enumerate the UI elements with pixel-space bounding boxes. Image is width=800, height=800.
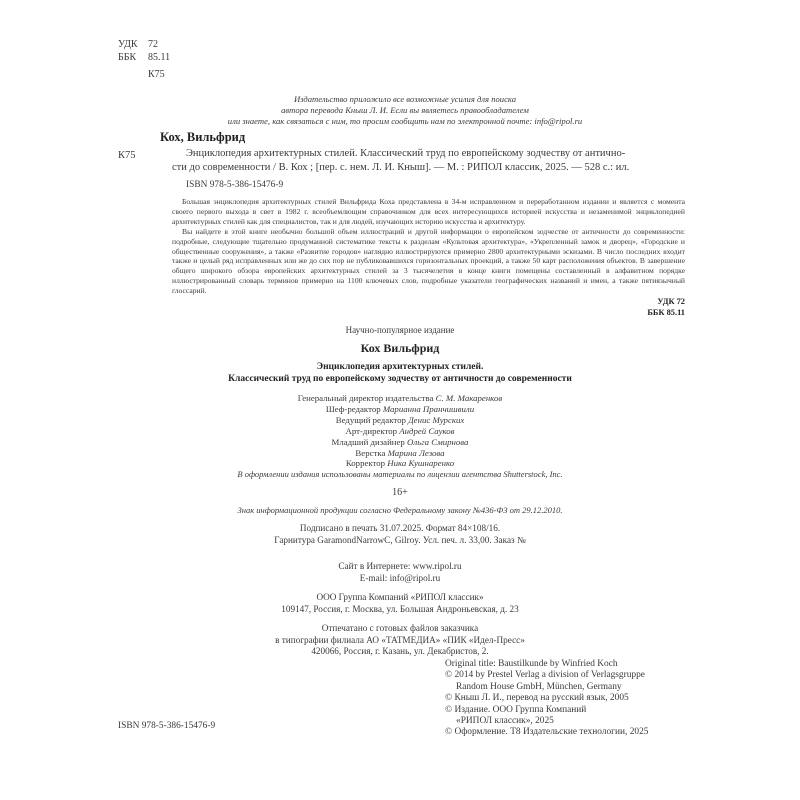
publisher-address: 109147, Россия, г. Москва, ул. Большая А… [0, 604, 800, 616]
law-note: Знак информационной продукции согласно Ф… [0, 505, 800, 515]
catalog-isbn: ISBN 978-5-386-15476-9 [186, 180, 283, 190]
imprint-title-line: Энциклопедия архитектурных стилей. [0, 361, 800, 373]
rights-notice: Издательство приложило все возможные уси… [160, 94, 650, 128]
print-info: Подписано в печать 31.07.2025. Формат 84… [0, 523, 800, 546]
imprint-title-line: Классический труд по европейскому зодчес… [0, 373, 800, 385]
credit-role: Арт-директор [346, 426, 400, 436]
credit-line: Шеф-редактор Марианна Пранчишвили [0, 404, 800, 415]
udk-label: УДК [118, 38, 148, 51]
catalog-sign: К75 [118, 150, 136, 161]
rights-notice-line: автора перевода Кныш Л. И. Если вы являе… [160, 105, 650, 116]
classification-codes: УДК72 ББК85.11 К75 [118, 38, 170, 81]
publisher-name: ООО Группа Компаний «РИПОЛ классик» [0, 592, 800, 604]
rights-notice-line: Издательство приложило все возможные уси… [160, 94, 650, 105]
printer-line: в типографии филиала АО «ТАТМЕДИА» «ПИК … [0, 635, 800, 647]
annotation: Большая энциклопедия архитектурных стиле… [172, 197, 685, 296]
rights-line: «РИПОЛ классик», 2025 [445, 716, 648, 727]
printer-line: 420066, Россия, г. Казань, ул. Декабрист… [0, 646, 800, 658]
credit-line: Генеральный директор издательства С. М. … [0, 393, 800, 404]
credit-name: Андрей Сауков [399, 426, 454, 436]
credit-role: Корректор [346, 458, 387, 468]
credits-list: Генеральный директор издательства С. М. … [0, 393, 800, 469]
udk-value: 72 [148, 38, 158, 51]
publisher-info: ООО Группа Компаний «РИПОЛ классик» 1091… [0, 592, 800, 615]
license-note: В оформлении издания использованы матери… [0, 469, 800, 479]
website-line: Сайт в Интернете: www.ripol.ru [0, 561, 800, 573]
credit-line: Верстка Марина Лезова [0, 448, 800, 459]
printer-line: Отпечатано с готовых файлов заказчика [0, 623, 800, 635]
site-info: Сайт в Интернете: www.ripol.ru E-mail: i… [0, 561, 800, 584]
footer-isbn: ISBN 978-5-386-15476-9 [118, 721, 215, 731]
catalog-author: Кох, Вильфрид [160, 130, 245, 145]
email-line: E-mail: info@ripol.ru [0, 573, 800, 585]
credit-name: Марина Лезова [388, 448, 445, 458]
age-rating: 16+ [0, 487, 800, 498]
credit-name: Денис Мурских [408, 415, 464, 425]
rights-line: Random House GmbH, München, Germany [445, 682, 648, 693]
print-info-line: Гарнитура GaramondNarrowC, Gilroy. Усл. … [0, 535, 800, 547]
credit-name: Марианна Пранчишвили [383, 404, 474, 414]
bbk-code: ББК 85.11 [647, 307, 685, 318]
imprint-author: Кох Вильфрид [0, 341, 800, 356]
rights-line: Original title: Baustilkunde by Winfried… [445, 659, 648, 670]
classification-codes-right: УДК 72 ББК 85.11 [647, 296, 685, 318]
credit-line: Корректор Ника Кушнаренко [0, 458, 800, 469]
credit-role: Ведущий редактор [336, 415, 408, 425]
credit-name: Ника Кушнаренко [387, 458, 454, 468]
credit-role: Верстка [355, 448, 387, 458]
credit-role: Шеф-редактор [326, 404, 383, 414]
bbk-label: ББК [118, 51, 148, 64]
credit-line: Ведущий редактор Денис Мурских [0, 415, 800, 426]
imprint-title: Энциклопедия архитектурных стилей. Класс… [0, 361, 800, 385]
bbk-value: 85.11 [148, 51, 170, 64]
catalog-title-line: Энциклопедия архитектурных стилей. Класс… [186, 148, 625, 159]
credit-role: Генеральный директор издательства [298, 393, 436, 403]
print-info-line: Подписано в печать 31.07.2025. Формат 84… [0, 523, 800, 535]
rights-line: © Кныш Л. И., перевод на русский язык, 2… [445, 693, 648, 704]
rights-line: © Оформление. Т8 Издательские технологии… [445, 727, 648, 738]
catalog-title-line: сти до современности / В. Кох ; [пер. с.… [172, 161, 684, 175]
original-rights: Original title: Baustilkunde by Winfried… [445, 659, 648, 739]
genre-label: Научно-популярное издание [0, 325, 800, 335]
credit-line: Младший дизайнер Ольга Смирнова [0, 437, 800, 448]
credit-line: Арт-директор Андрей Сауков [0, 426, 800, 437]
credit-role: Младший дизайнер [332, 437, 407, 447]
catalog-title: Энциклопедия архитектурных стилей. Класс… [172, 147, 684, 175]
rights-notice-line: или знаете, как связаться с ним, то прос… [160, 116, 650, 127]
credit-name: Ольга Смирнова [407, 437, 468, 447]
annotation-paragraph: Большая энциклопедия архитектурных стиле… [172, 197, 685, 227]
rights-line: © Издание. ООО Группа Компаний [445, 705, 648, 716]
author-sign: К75 [148, 68, 165, 81]
rights-line: © 2014 by Prestel Verlag a division of V… [445, 670, 648, 681]
credit-name: С. М. Макаренков [436, 393, 503, 403]
printer-info: Отпечатано с готовых файлов заказчика в … [0, 623, 800, 658]
annotation-paragraph: Вы найдете в этой книге необычно большой… [172, 227, 685, 296]
udk-code: УДК 72 [647, 296, 685, 307]
